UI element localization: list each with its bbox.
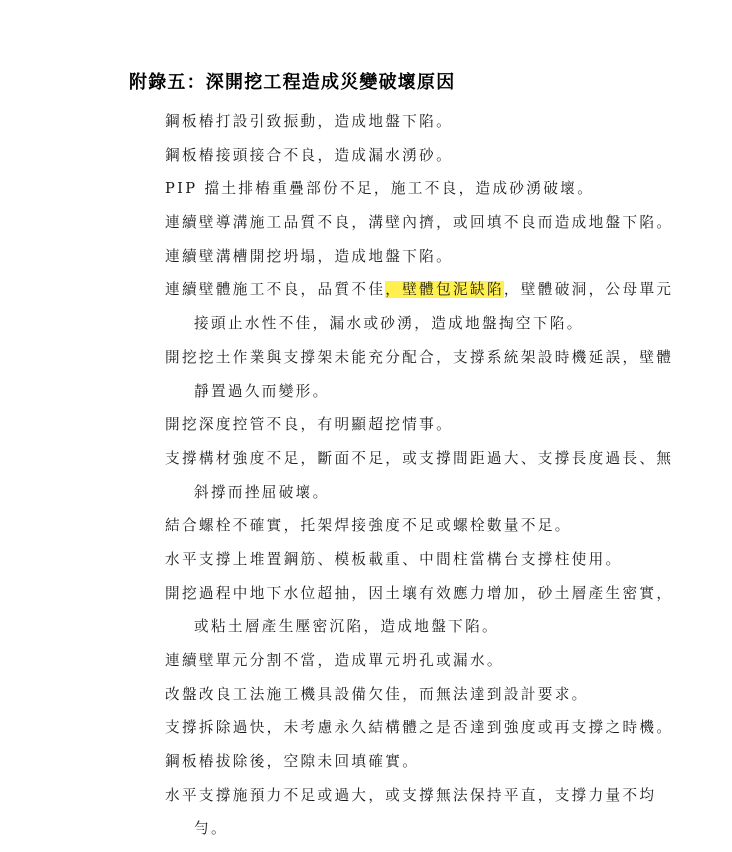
item-text: 支撐拆除過快，未考慮永久結構體之是否達到強度或再支撐之時機。 (165, 715, 705, 749)
item-text: PIP 擋土排樁重疊部份不足，施工不良，造成砂湧破壞。 (165, 176, 705, 210)
cause-list: 鋼板樁打設引致振動，造成地盤下陷。 鋼板樁接頭接合不良，造成漏水湧砂。 PIP … (165, 109, 705, 850)
item-text: 連續壁單元分割不當，造成單元坍孔或漏水。 (165, 648, 705, 682)
item-text: 連續壁導溝施工品質不良，溝壁內擠，或回填不良而造成地盤下陷。 (165, 210, 705, 244)
item-text-continuation: 勻。 (165, 816, 705, 850)
item-text: 水平支撐施預力不足或過大，或支撐無法保持平直，支撐力量不均 (165, 783, 705, 817)
list-item: 結合螺栓不確實，托架焊接強度不足或螺栓數量不足。 (165, 513, 705, 547)
item-text: 開挖挖土作業與支撐架未能充分配合，支撐系統架設時機延誤，壁體 (165, 345, 705, 379)
item-text: 水平支撐上堆置鋼筋、模板載重、中間柱當構台支撐柱使用。 (165, 547, 705, 581)
item-text-line: 連續壁體施工不良，品質不佳，壁體包泥缺陷，壁體破洞，公母單元 (165, 277, 705, 311)
list-item: 水平支撐上堆置鋼筋、模板載重、中間柱當構台支撐柱使用。 (165, 547, 705, 581)
item-text: 結合螺栓不確實，托架焊接強度不足或螺栓數量不足。 (165, 513, 705, 547)
list-item: 開挖深度控管不良，有明顯超挖情事。 (165, 412, 705, 446)
item-text: 支撐構材強度不足，斷面不足，或支撐間距過大、支撐長度過長、無 (165, 446, 705, 480)
list-item: 連續壁單元分割不當，造成單元坍孔或漏水。 (165, 648, 705, 682)
item-text-continuation: 靜置過久而變形。 (165, 379, 705, 413)
item-text: 鋼板樁打設引致振動，造成地盤下陷。 (165, 109, 705, 143)
item-text: 開挖深度控管不良，有明顯超挖情事。 (165, 412, 705, 446)
list-item: 鋼板樁接頭接合不良，造成漏水湧砂。 (165, 143, 705, 177)
highlighted-text: ，壁體包泥缺陷 (385, 281, 504, 298)
item-text-continuation: 接頭止水性不佳，漏水或砂湧，造成地盤掏空下陷。 (165, 311, 705, 345)
list-item: 鋼板樁拔除後，空隙未回填確實。 (165, 749, 705, 783)
list-item: 支撐拆除過快，未考慮永久結構體之是否達到強度或再支撐之時機。 (165, 715, 705, 749)
item-text-continuation: 斜撐而挫屈破壞。 (165, 480, 705, 514)
list-item: 開挖過程中地下水位超抽，因土壤有效應力增加，砂土層產生密實， 或粘土層產生壓密沉… (165, 581, 705, 648)
item-text: 改盤改良工法施工機具設備欠佳，而無法達到設計要求。 (165, 682, 705, 716)
list-item: 支撐構材強度不足，斷面不足，或支撐間距過大、支撐長度過長、無 斜撐而挫屈破壞。 (165, 446, 705, 513)
list-item: 改盤改良工法施工機具設備欠佳，而無法達到設計要求。 (165, 682, 705, 716)
list-item: 連續壁導溝施工品質不良，溝壁內擠，或回填不良而造成地盤下陷。 (165, 210, 705, 244)
list-item: 開挖挖土作業與支撐架未能充分配合，支撐系統架設時機延誤，壁體 靜置過久而變形。 (165, 345, 705, 412)
appendix-title: 附錄五：深開挖工程造成災變破壞原因 (129, 70, 455, 96)
list-item: 鋼板樁打設引致振動，造成地盤下陷。 (165, 109, 705, 143)
item-text-before-highlight: 連續壁體施工不良，品質不佳 (165, 281, 385, 298)
item-text-continuation: 或粘土層產生壓密沉陷，造成地盤下陷。 (165, 614, 705, 648)
item-text: 開挖過程中地下水位超抽，因土壤有效應力增加，砂土層產生密實， (165, 581, 705, 615)
document-page: 附錄五：深開挖工程造成災變破壞原因 鋼板樁打設引致振動，造成地盤下陷。 鋼板樁接… (0, 0, 732, 852)
item-text-after-highlight: ，壁體破洞，公母單元 (504, 281, 673, 298)
list-item: 連續壁體施工不良，品質不佳，壁體包泥缺陷，壁體破洞，公母單元 接頭止水性不佳，漏… (165, 277, 705, 344)
list-item: PIP 擋土排樁重疊部份不足，施工不良，造成砂湧破壞。 (165, 176, 705, 210)
list-item: 水平支撐施預力不足或過大，或支撐無法保持平直，支撐力量不均 勻。 (165, 783, 705, 850)
item-text: 連續壁溝槽開挖坍塌，造成地盤下陷。 (165, 244, 705, 278)
item-text: 鋼板樁接頭接合不良，造成漏水湧砂。 (165, 143, 705, 177)
list-item: 連續壁溝槽開挖坍塌，造成地盤下陷。 (165, 244, 705, 278)
item-text: 鋼板樁拔除後，空隙未回填確實。 (165, 749, 705, 783)
